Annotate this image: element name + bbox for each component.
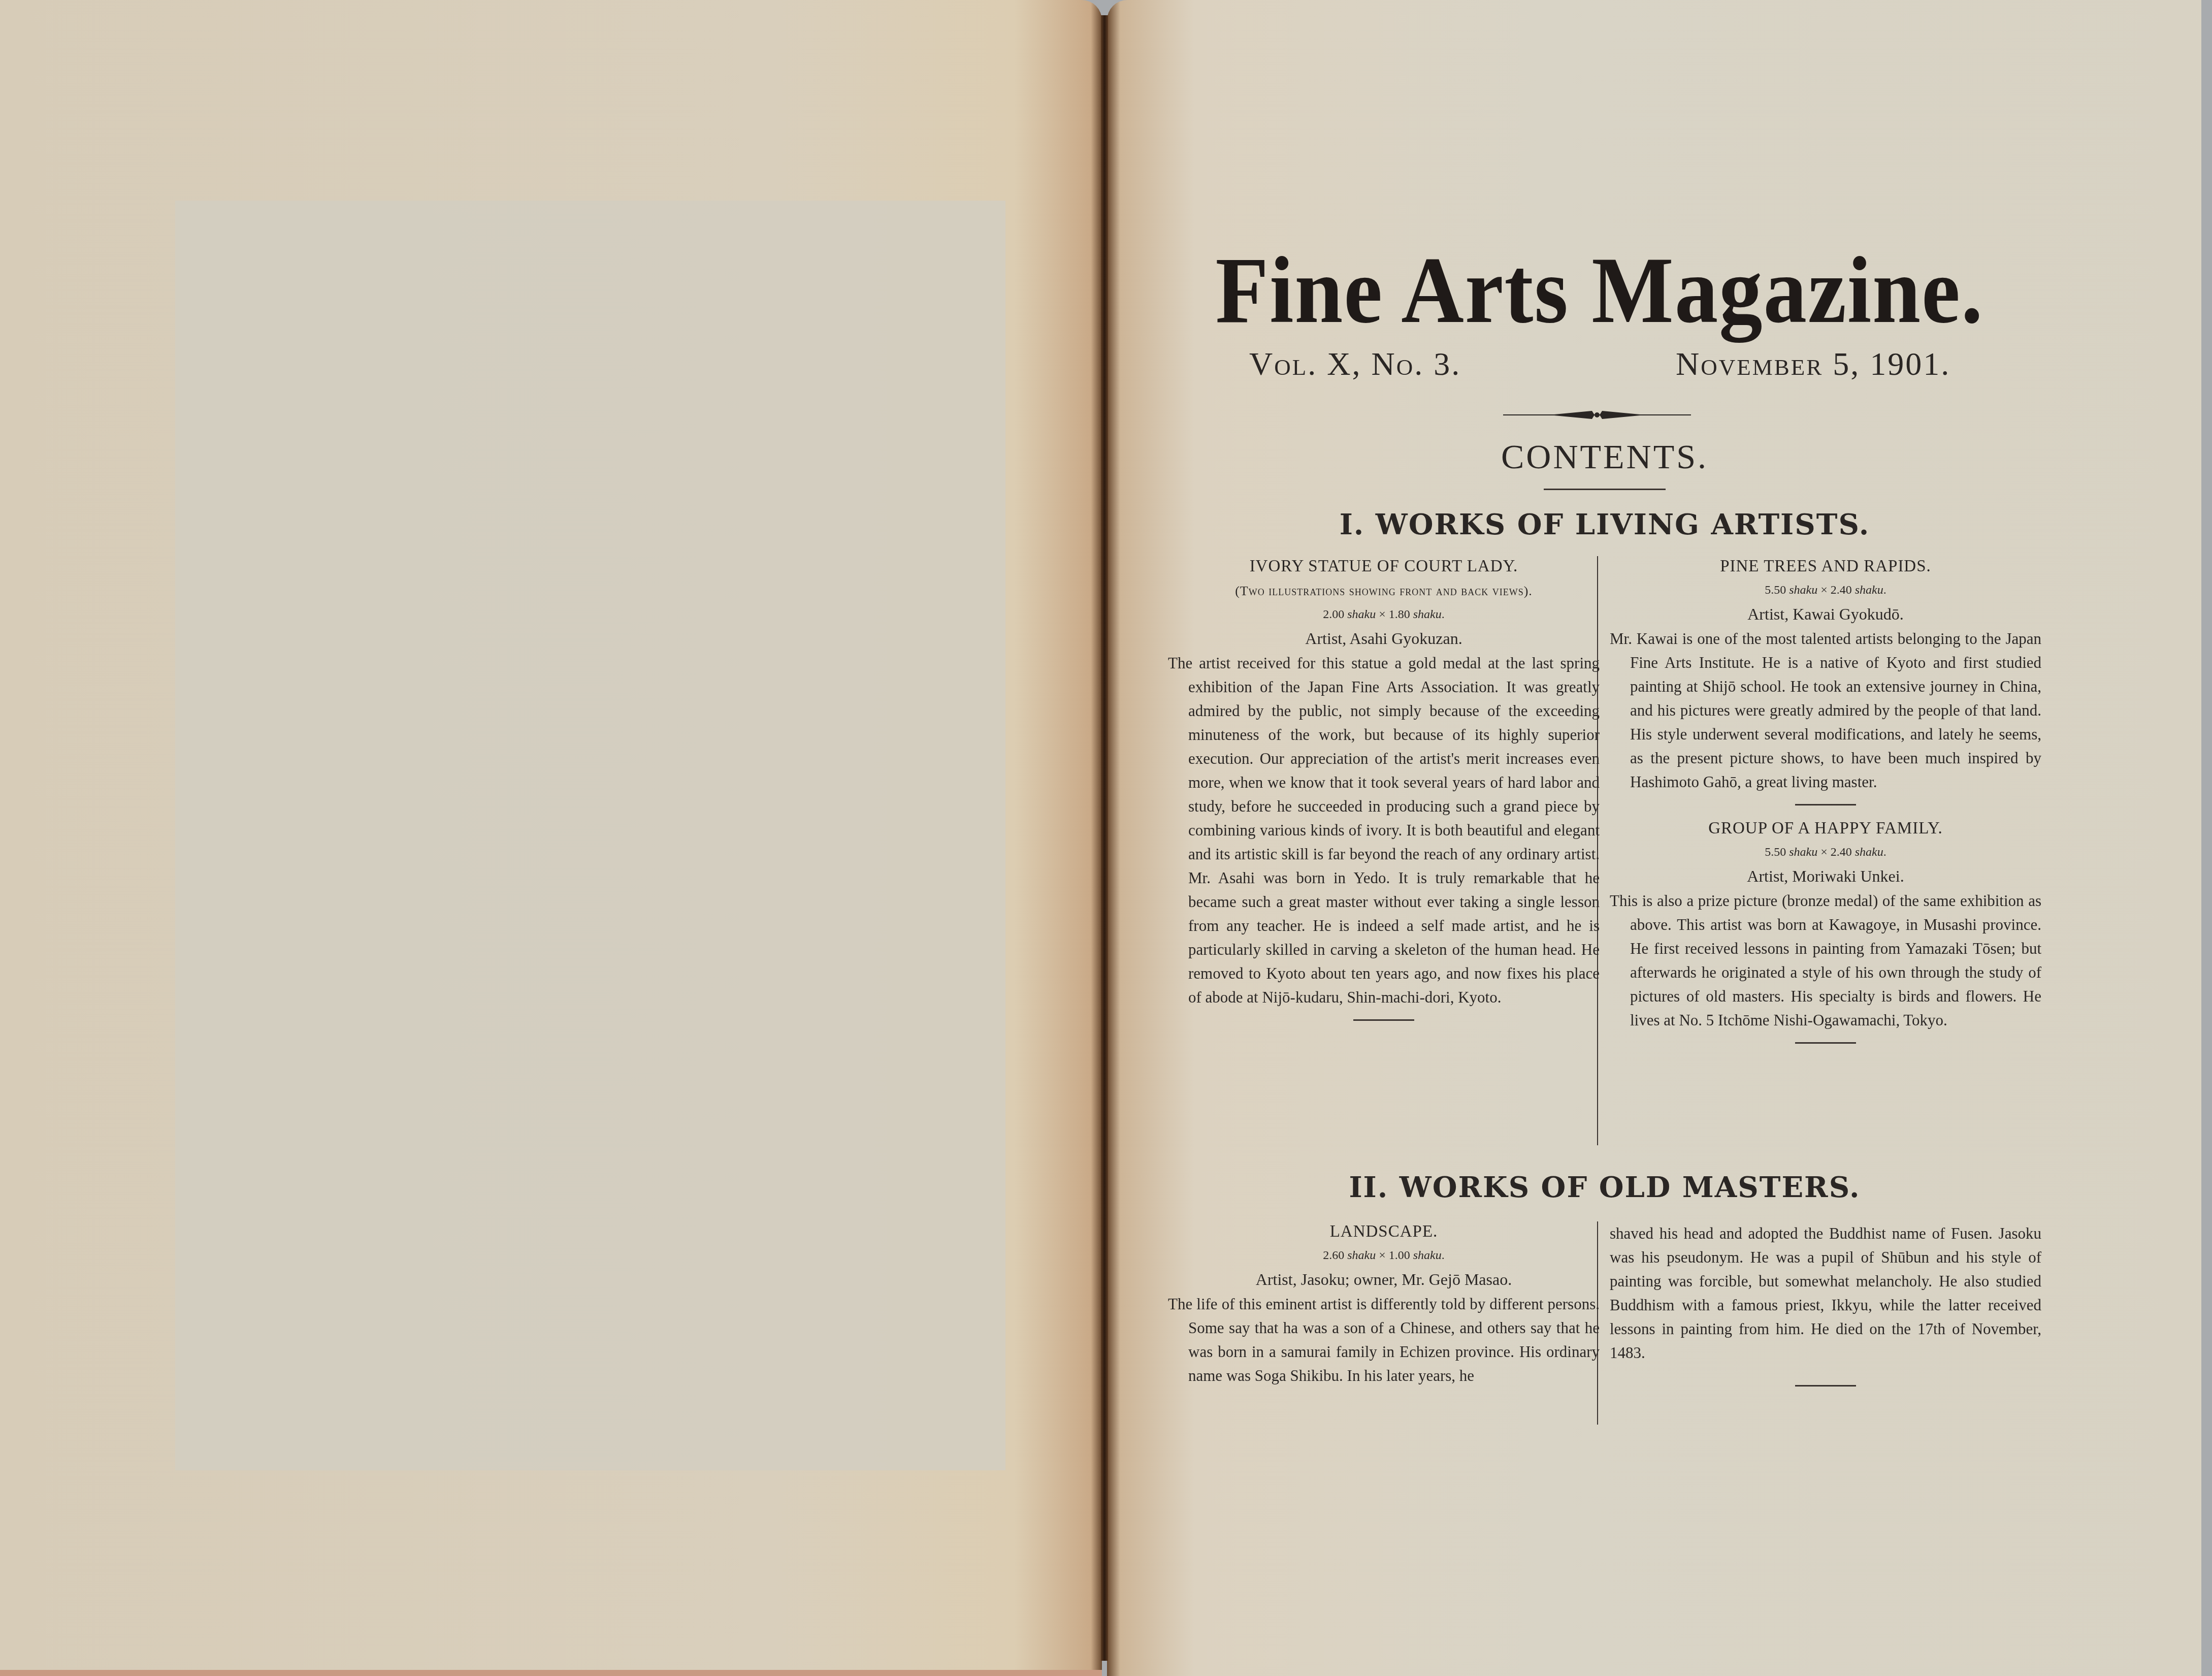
left-page [0, 0, 1102, 1676]
item-title: GROUP OF A HAPPY FAMILY. [1610, 816, 2041, 841]
divider-rule [1544, 489, 1666, 490]
item-dimensions: 5.50 shaku × 2.40 shaku. [1610, 841, 2041, 863]
magazine-title: Fine Arts Magazine. [1202, 236, 1997, 345]
contents-heading: CONTENTS. [1168, 437, 2041, 477]
item-description: This is also a prize picture (bronze med… [1610, 889, 2041, 1032]
item-description: Mr. Kawai is one of the most talented ar… [1610, 627, 2041, 794]
item-landscape: LANDSCAPE. 2.60 shaku × 1.00 shaku. Arti… [1168, 1219, 1600, 1388]
divider-rule [1795, 1042, 1856, 1044]
divider-rule [1353, 1019, 1414, 1021]
blank-plate-area [175, 201, 1005, 1470]
item-description: The life of this eminent artist is diffe… [1168, 1292, 1600, 1388]
item-title: PINE TREES AND RAPIDS. [1610, 554, 2041, 579]
item-happy-family: GROUP OF A HAPPY FAMILY. 5.50 shaku × 2.… [1610, 816, 2041, 1044]
item-description: shaved his head and adopted the Buddhist… [1610, 1221, 2041, 1365]
item-pine-trees: PINE TREES AND RAPIDS. 5.50 shaku × 2.40… [1610, 554, 2041, 1054]
issue-date: November 5, 1901. [1676, 345, 1950, 383]
item-title: LANDSCAPE. [1168, 1219, 1600, 1244]
item-title: IVORY STATUE OF COURT LADY. [1168, 554, 1600, 579]
section-heading-old-masters: II. WORKS OF OLD MASTERS. [1168, 1171, 2041, 1204]
item-note: (Two illustrations showing front and bac… [1168, 579, 1600, 603]
divider-rule [1795, 804, 1856, 805]
section-heading-living-artists: I. WORKS OF LIVING ARTISTS. [1168, 508, 2041, 541]
page-edge [0, 1670, 1102, 1676]
book-gutter [1101, 15, 1108, 1661]
item-description: The artist received for this statue a go… [1168, 651, 1600, 1009]
item-artist: Artist, Moriwaki Unkei. [1610, 863, 2041, 889]
item-artist: Artist, Asahi Gyokuzan. [1168, 626, 1600, 651]
item-dimensions: 2.00 shaku × 1.80 shaku. [1168, 603, 1600, 626]
contents-page: Fine Arts Magazine. Vol. X, No. 3. Novem… [1168, 0, 2031, 1676]
volume-number: Vol. X, No. 3. [1249, 345, 1461, 383]
item-landscape-continued: shaved his head and adopted the Buddhist… [1610, 1221, 2041, 1397]
item-artist: Artist, Kawai Gyokudō. [1610, 601, 2041, 627]
ornament-rule-icon [1503, 409, 1691, 421]
item-artist: Artist, Jasoku; owner, Mr. Gejō Masao. [1168, 1267, 1600, 1292]
item-dimensions: 5.50 shaku × 2.40 shaku. [1610, 579, 2041, 601]
divider-rule [1795, 1385, 1856, 1387]
item-dimensions: 2.60 shaku × 1.00 shaku. [1168, 1244, 1600, 1267]
item-ivory-statue: IVORY STATUE OF COURT LADY. (Two illustr… [1168, 554, 1600, 1031]
